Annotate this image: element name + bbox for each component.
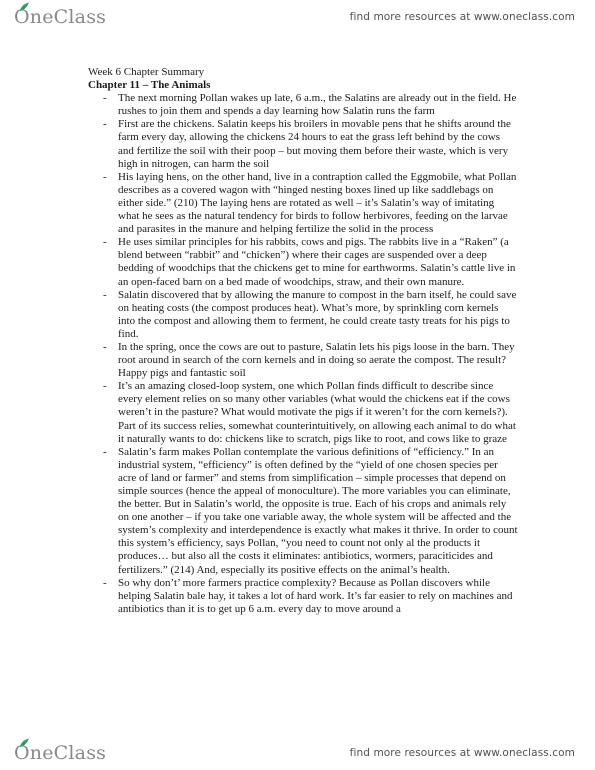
bullet-dash: - bbox=[103, 92, 118, 118]
bullet-item: -He uses similar principles for his rabb… bbox=[103, 236, 518, 288]
bullet-dash: - bbox=[103, 171, 118, 236]
bullet-item: -First are the chickens. Salatin keeps h… bbox=[103, 118, 518, 170]
document-page: OneClass find more resources at www.onec… bbox=[0, 0, 595, 770]
bullet-item: -Salatin’s farm makes Pollan contemplate… bbox=[103, 446, 518, 577]
find-resources-link[interactable]: find more resources at www.oneclass.com bbox=[350, 747, 575, 759]
bullet-text: He uses similar principles for his rabbi… bbox=[118, 236, 518, 288]
page-header: OneClass find more resources at www.onec… bbox=[0, 0, 595, 34]
bullet-text: First are the chickens. Salatin keeps hi… bbox=[118, 118, 518, 170]
bullet-text: The next morning Pollan wakes up late, 6… bbox=[118, 92, 518, 118]
bullet-item: -The next morning Pollan wakes up late, … bbox=[103, 92, 518, 118]
bullet-dash: - bbox=[103, 446, 118, 577]
page-footer: OneClass find more resources at www.onec… bbox=[0, 736, 595, 770]
bullet-text: In the spring, once the cows are out to … bbox=[118, 341, 518, 380]
leaf-icon bbox=[19, 738, 30, 748]
oneclass-logo: OneClass bbox=[14, 742, 106, 764]
oneclass-logo: OneClass bbox=[14, 6, 106, 28]
bullet-dash: - bbox=[103, 380, 118, 445]
bullet-text: So why don’t’ more farmers practice comp… bbox=[118, 577, 518, 616]
document-content: Week 6 Chapter Summary Chapter 11 – The … bbox=[88, 66, 518, 616]
doc-heading: Chapter 11 – The Animals bbox=[88, 79, 518, 92]
bullet-dash: - bbox=[103, 289, 118, 341]
bullet-text: Salatin discovered that by allowing the … bbox=[118, 289, 518, 341]
bullet-item: -It’s an amazing closed-loop system, one… bbox=[103, 380, 518, 445]
bullet-dash: - bbox=[103, 118, 118, 170]
bullet-text: His laying hens, on the other hand, live… bbox=[118, 171, 518, 236]
bullet-text: It’s an amazing closed-loop system, one … bbox=[118, 380, 518, 445]
bullet-dash: - bbox=[103, 341, 118, 380]
find-resources-link[interactable]: find more resources at www.oneclass.com bbox=[350, 11, 575, 23]
bullet-dash: - bbox=[103, 577, 118, 616]
bullet-item: -Salatin discovered that by allowing the… bbox=[103, 289, 518, 341]
doc-title: Week 6 Chapter Summary bbox=[88, 66, 518, 79]
bullet-item: -So why don’t’ more farmers practice com… bbox=[103, 577, 518, 616]
bullet-item: -In the spring, once the cows are out to… bbox=[103, 341, 518, 380]
bullet-dash: - bbox=[103, 236, 118, 288]
bullet-text: Salatin’s farm makes Pollan contemplate … bbox=[118, 446, 518, 577]
bullet-item: -His laying hens, on the other hand, liv… bbox=[103, 171, 518, 236]
bullet-list: -The next morning Pollan wakes up late, … bbox=[88, 92, 518, 616]
leaf-icon bbox=[19, 2, 30, 12]
